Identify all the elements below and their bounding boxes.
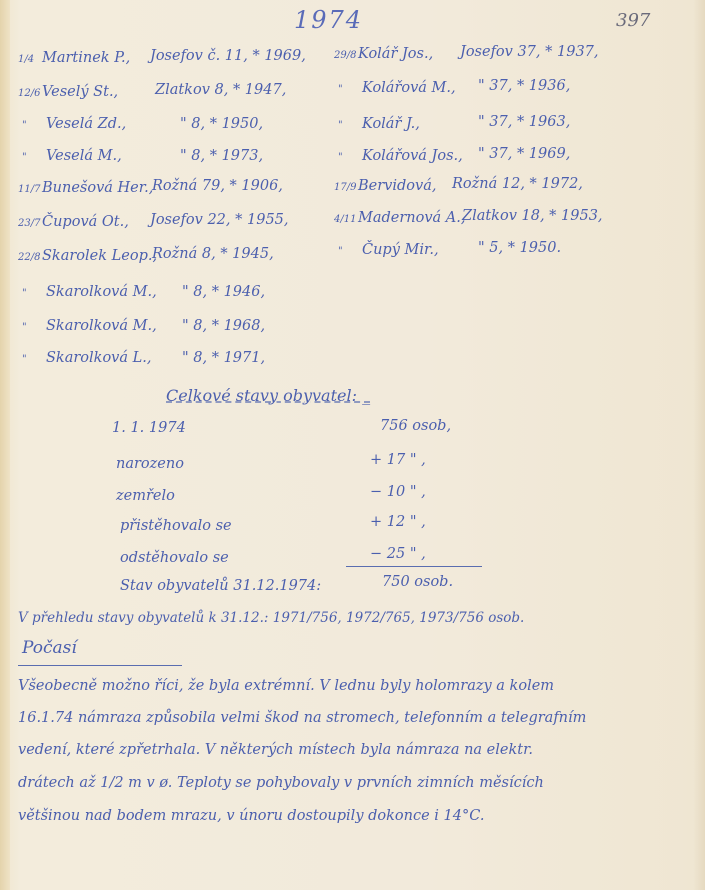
entry-address: " 5, * 1950. <box>478 240 561 256</box>
sum-rule <box>346 566 482 567</box>
list-item: "Veselá Zd., <box>22 116 126 132</box>
entry-name: Madernová A., <box>358 210 466 226</box>
list-item: 22/8Skarolek Leop., <box>18 248 157 264</box>
list-item: "Veselá M., <box>22 148 122 164</box>
entry-name: Bunešová Her., <box>42 180 153 196</box>
population-label: narozeno <box>116 456 184 472</box>
population-total-label: Stav obyvatelů 31.12.1974: <box>120 578 321 594</box>
list-item: "Kolářová Jos., <box>338 148 463 164</box>
entry-name: Veselá Zd., <box>46 116 126 132</box>
entry-address: Rožná 79, * 1906, <box>152 178 283 194</box>
entry-address: " 8, * 1946, <box>182 284 265 300</box>
population-total-value: 750 osob. <box>382 574 453 590</box>
population-value: + 17 " , <box>370 452 426 468</box>
entry-name: Veselá M., <box>46 148 122 164</box>
entry-address: " 37, * 1963, <box>478 114 570 130</box>
list-item: 17/9Bervidová, <box>334 178 436 194</box>
entry-date: " <box>22 288 46 299</box>
entry-address: Josefov č. 11, * 1969, <box>150 48 306 64</box>
population-value: + 12 " , <box>370 514 426 530</box>
population-label: 1. 1. 1974 <box>112 420 186 436</box>
entry-address: Rožná 12, * 1972, <box>452 176 583 192</box>
entry-address: Rožná 8, * 1945, <box>152 246 274 262</box>
entry-name: Kolář Jos., <box>358 46 433 62</box>
entry-name: Martinek P., <box>42 50 130 66</box>
list-item: 4/11Madernová A., <box>334 210 466 226</box>
entry-address: Josefov 22, * 1955, <box>150 212 289 228</box>
weather-heading: Počasí <box>22 638 77 658</box>
entry-name: Skarolková M., <box>46 318 157 334</box>
list-item: "Kolářová M., <box>338 80 456 96</box>
entry-address: Josefov 37, * 1937, <box>460 44 599 60</box>
weather-line: 16.1.74 námraza způsobila velmi škod na … <box>18 710 586 726</box>
list-item: 11/7Bunešová Her., <box>18 180 153 196</box>
weather-line: vedení, které zpřetrhala. V některých mí… <box>18 742 533 758</box>
entry-date: " <box>22 152 46 163</box>
entry-date: " <box>22 322 46 333</box>
entry-address: " 8, * 1973, <box>180 148 263 164</box>
population-value: − 25 " , <box>370 546 426 562</box>
entry-date: 29/8 <box>334 50 358 61</box>
entry-date: " <box>22 120 46 131</box>
entry-name: Kolářová Jos., <box>362 148 463 164</box>
entry-date: 17/9 <box>334 182 358 193</box>
entry-date: " <box>338 84 362 95</box>
entry-date: 1/4 <box>18 54 42 65</box>
entry-name: Veselý St., <box>42 84 118 100</box>
list-item: 29/8Kolář Jos., <box>334 46 433 62</box>
entry-date: " <box>338 152 362 163</box>
entry-address: Zlatkov 8, * 1947, <box>155 82 286 98</box>
page-year: 1974 <box>294 6 363 34</box>
entry-name: Skarolek Leop., <box>42 248 157 264</box>
entry-name: Čupová Ot., <box>42 214 129 230</box>
list-item: "Skarolková L., <box>22 350 151 366</box>
entry-name: Bervidová, <box>358 178 436 194</box>
entry-name: Skarolková L., <box>46 350 151 366</box>
weather-heading-rule <box>18 665 182 666</box>
page-number: 397 <box>616 10 650 31</box>
list-item: "Kolář J., <box>338 116 420 132</box>
entry-name: Kolář J., <box>362 116 420 132</box>
chronicle-page: 1974 397 1/4Martinek P., Josefov č. 11, … <box>0 0 705 890</box>
entry-address: " 8, * 1971, <box>182 350 265 366</box>
entry-address: " 8, * 1968, <box>182 318 265 334</box>
population-value: 756 osob, <box>380 418 451 434</box>
entry-date: 23/7 <box>18 218 42 229</box>
entry-address: " 8, * 1950, <box>180 116 263 132</box>
list-item: 23/7Čupová Ot., <box>18 214 129 230</box>
entry-address: " 37, * 1936, <box>478 78 570 94</box>
population-overview: V přehledu stavy obyvatelů k 31.12.: 197… <box>18 610 524 626</box>
entry-name: Kolářová M., <box>362 80 456 96</box>
entry-name: Čupý Mir., <box>362 242 439 258</box>
entry-date: 4/11 <box>334 214 358 225</box>
population-label: odstěhovalo se <box>120 550 229 566</box>
weather-line: většinou nad bodem mrazu, v únoru dostou… <box>18 808 484 824</box>
entry-address: " 37, * 1969, <box>478 146 570 162</box>
list-item: 12/6Veselý St., <box>18 84 118 100</box>
entry-date: " <box>22 354 46 365</box>
entry-date: 22/8 <box>18 252 42 263</box>
weather-line: drátech až 1/2 m v ø. Teploty se pohybov… <box>18 775 544 791</box>
entry-date: 11/7 <box>18 184 42 195</box>
entry-date: 12/6 <box>18 88 42 99</box>
population-label: přistěhovalo se <box>120 518 232 534</box>
entry-address: Zlatkov 18, * 1953, <box>462 208 603 224</box>
population-heading: Celkové stavy obyvatel: _ <box>166 386 370 405</box>
list-item: "Skarolková M., <box>22 284 157 300</box>
list-item: 1/4Martinek P., <box>18 50 130 66</box>
entry-date: " <box>338 120 362 131</box>
population-value: − 10 " , <box>370 484 426 500</box>
list-item: "Skarolková M., <box>22 318 157 334</box>
entry-date: " <box>338 246 362 257</box>
list-item: "Čupý Mir., <box>338 242 439 258</box>
weather-line: Všeobecně možno říci, že byla extrémní. … <box>18 678 554 694</box>
entry-name: Skarolková M., <box>46 284 157 300</box>
population-label: zemřelo <box>116 488 175 504</box>
